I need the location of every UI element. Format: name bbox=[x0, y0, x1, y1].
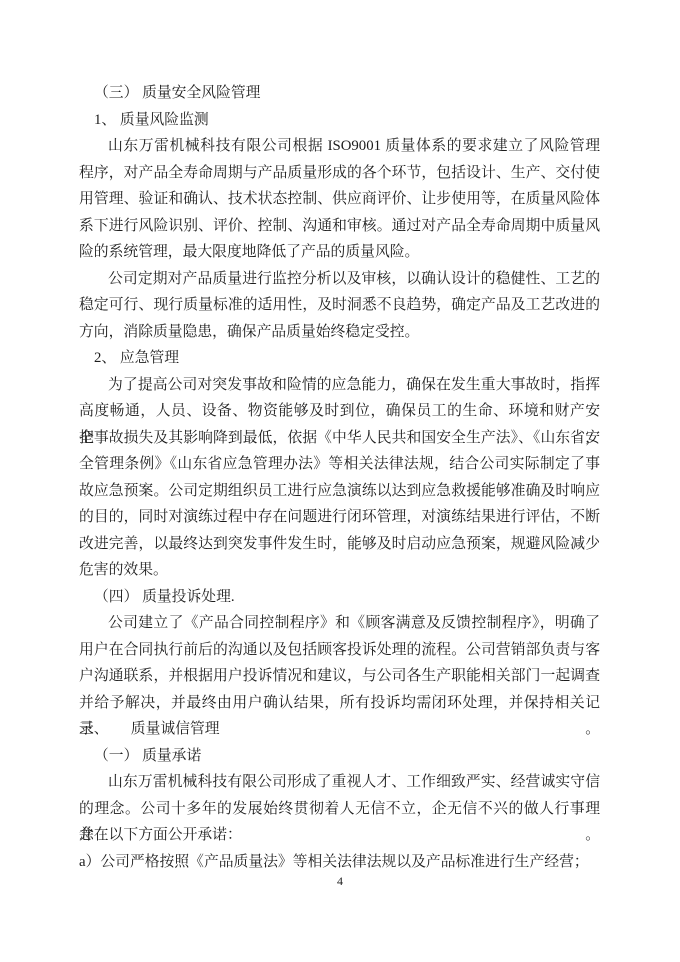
text-line: （四） 质量投诉处理. bbox=[79, 584, 600, 611]
text-line: 把事故损失及其影响降到最低，依据《中华人民共和国安全生产法》、《山东省安 bbox=[79, 425, 600, 452]
text-line: 1、 质量风险监测 bbox=[79, 107, 600, 134]
text-line: 危害的效果。 bbox=[79, 557, 600, 584]
text-line: 公司建立了《产品合同控制程序》和《顾客满意及反馈控制程序》，明确了 bbox=[79, 610, 600, 637]
text-line: 的理念。公司十多年的发展始终贯彻着人无信不立，企无信不兴的做人行事理念。 bbox=[79, 796, 600, 823]
text-line: 并给予解决，并最终由用户确认结果，所有投诉均需闭环处理，并保持相关记录。 bbox=[79, 690, 600, 717]
text-line: 稳定可行、现行质量标准的适用性，及时洞悉不良趋势，确定产品及工艺改进的 bbox=[79, 292, 600, 319]
text-line: 用管理、验证和确认、技术状态控制、供应商评价、让步使用等，在质量风险体 bbox=[79, 186, 600, 213]
text-line: a）公司严格按照《产品质量法》等相关法律法规以及产品标准进行生产经营； bbox=[79, 849, 600, 876]
text-line: （三） 质量安全风险管理 bbox=[79, 80, 600, 107]
text-line: 用户在合同执行前后的沟通以及包括顾客投诉处理的流程。公司营销部负责与客 bbox=[79, 637, 600, 664]
text-line: 改进完善，以最终达到突发事件发生时，能够及时启动应急预案，规避风险减少 bbox=[79, 531, 600, 558]
text-line: 2、 应急管理 bbox=[79, 345, 600, 372]
text-line: 山东万雷机械科技有限公司形成了重视人才、工作细致严实、经营诚实守信 bbox=[79, 769, 600, 796]
document-body: （三） 质量安全风险管理1、 质量风险监测山东万雷机械科技有限公司根据 ISO9… bbox=[79, 80, 600, 875]
document-page: （三） 质量安全风险管理1、 质量风险监测山东万雷机械科技有限公司根据 ISO9… bbox=[0, 0, 680, 962]
text-line: 的目的，同时对演练过程中存在问题进行闭环管理，对演练结果进行评估，不断 bbox=[79, 504, 600, 531]
text-line: 程序，对产品全寿命周期与产品质量形成的各个环节，包括设计、生产、交付使 bbox=[79, 160, 600, 187]
text-line: 系下进行风险识别、评价、控制、沟通和审核。通过对产品全寿命周期中质量风 bbox=[79, 213, 600, 240]
text-line: 公司定期对产品质量进行监控分析以及审核，以确认设计的稳健性、工艺的 bbox=[79, 266, 600, 293]
text-line: 故应急预案。公司定期组织员工进行应急演练以达到应急救援能够准确及时响应 bbox=[79, 478, 600, 505]
text-line: 全管理条例》《山东省应急管理办法》等相关法律法规，结合公司实际制定了事 bbox=[79, 451, 600, 478]
text-line: 高度畅通，人员、设备、物资能够及时到位，确保员工的生命、环境和财产安全， bbox=[79, 398, 600, 425]
text-line: 户沟通联系，并根据用户投诉情况和建议，与公司各生产职能相关部门一起调查 bbox=[79, 663, 600, 690]
text-line: （一） 质量承诺 bbox=[79, 743, 600, 770]
text-line: 方向，消除质量隐患，确保产品质量始终稳定受控。 bbox=[79, 319, 600, 346]
page-number: 4 bbox=[0, 874, 680, 889]
text-line: 为了提高公司对突发事故和险情的应急能力，确保在发生重大事故时，指挥 bbox=[79, 372, 600, 399]
text-line: 山东万雷机械科技有限公司根据 ISO9001 质量体系的要求建立了风险管理 bbox=[79, 133, 600, 160]
text-line: 险的系统管理，最大限度地降低了产品的质量风险。 bbox=[79, 239, 600, 266]
